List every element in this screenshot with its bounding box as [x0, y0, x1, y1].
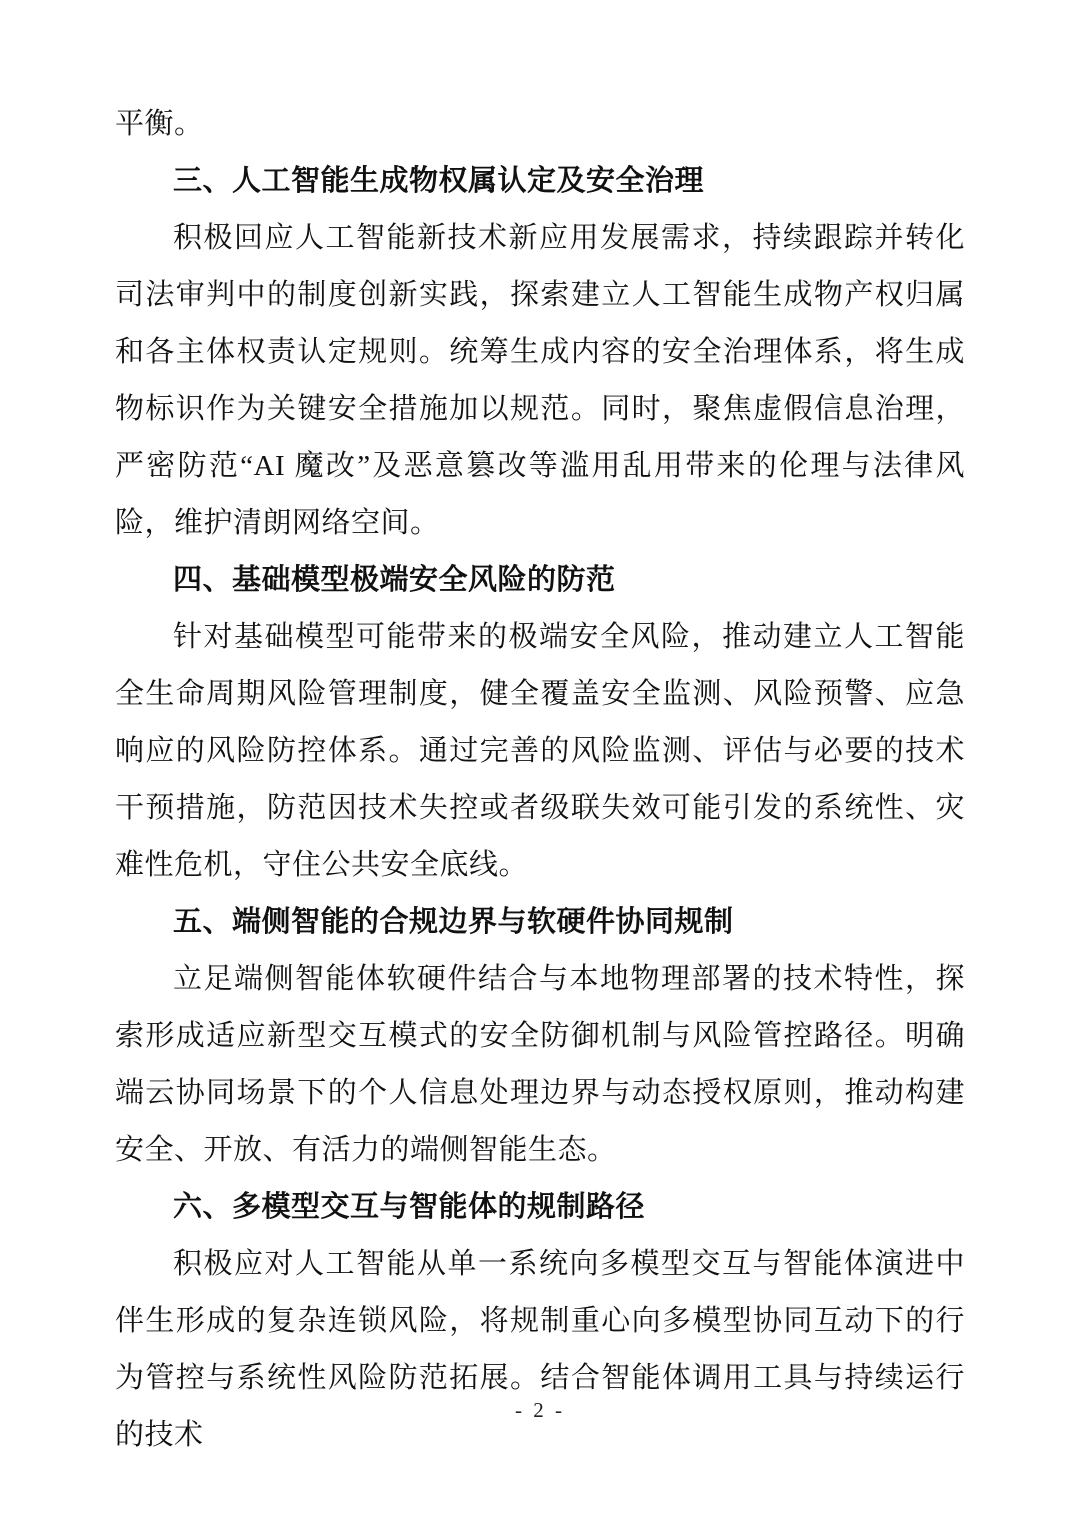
section-heading: 六、多模型交互与智能体的规制路径 [115, 1179, 965, 1236]
document-body: 平衡。三、人工智能生成物权属认定及安全治理积极回应人工智能新技术新应用发展需求，… [115, 96, 965, 1464]
body-paragraph: 积极应对人工智能从单一系统向多模型交互与智能体演进中伴生形成的复杂连锁风险，将规… [115, 1236, 965, 1464]
section-heading: 四、基础模型极端安全风险的防范 [115, 552, 965, 609]
paragraph-continuation: 平衡。 [115, 96, 965, 153]
body-paragraph: 积极回应人工智能新技术新应用发展需求，持续跟踪并转化司法审判中的制度创新实践，探… [115, 210, 965, 552]
page-number: - 2 - [515, 1398, 565, 1422]
page-footer: - 2 - [0, 1396, 1080, 1424]
document-page: 平衡。三、人工智能生成物权属认定及安全治理积极回应人工智能新技术新应用发展需求，… [0, 0, 1080, 1527]
section-heading: 五、端侧智能的合规边界与软硬件协同规制 [115, 894, 965, 951]
body-paragraph: 针对基础模型可能带来的极端安全风险，推动建立人工智能全生命周期风险管理制度，健全… [115, 609, 965, 894]
body-paragraph: 立足端侧智能体软硬件结合与本地物理部署的技术特性，探索形成适应新型交互模式的安全… [115, 951, 965, 1179]
section-heading: 三、人工智能生成物权属认定及安全治理 [115, 153, 965, 210]
